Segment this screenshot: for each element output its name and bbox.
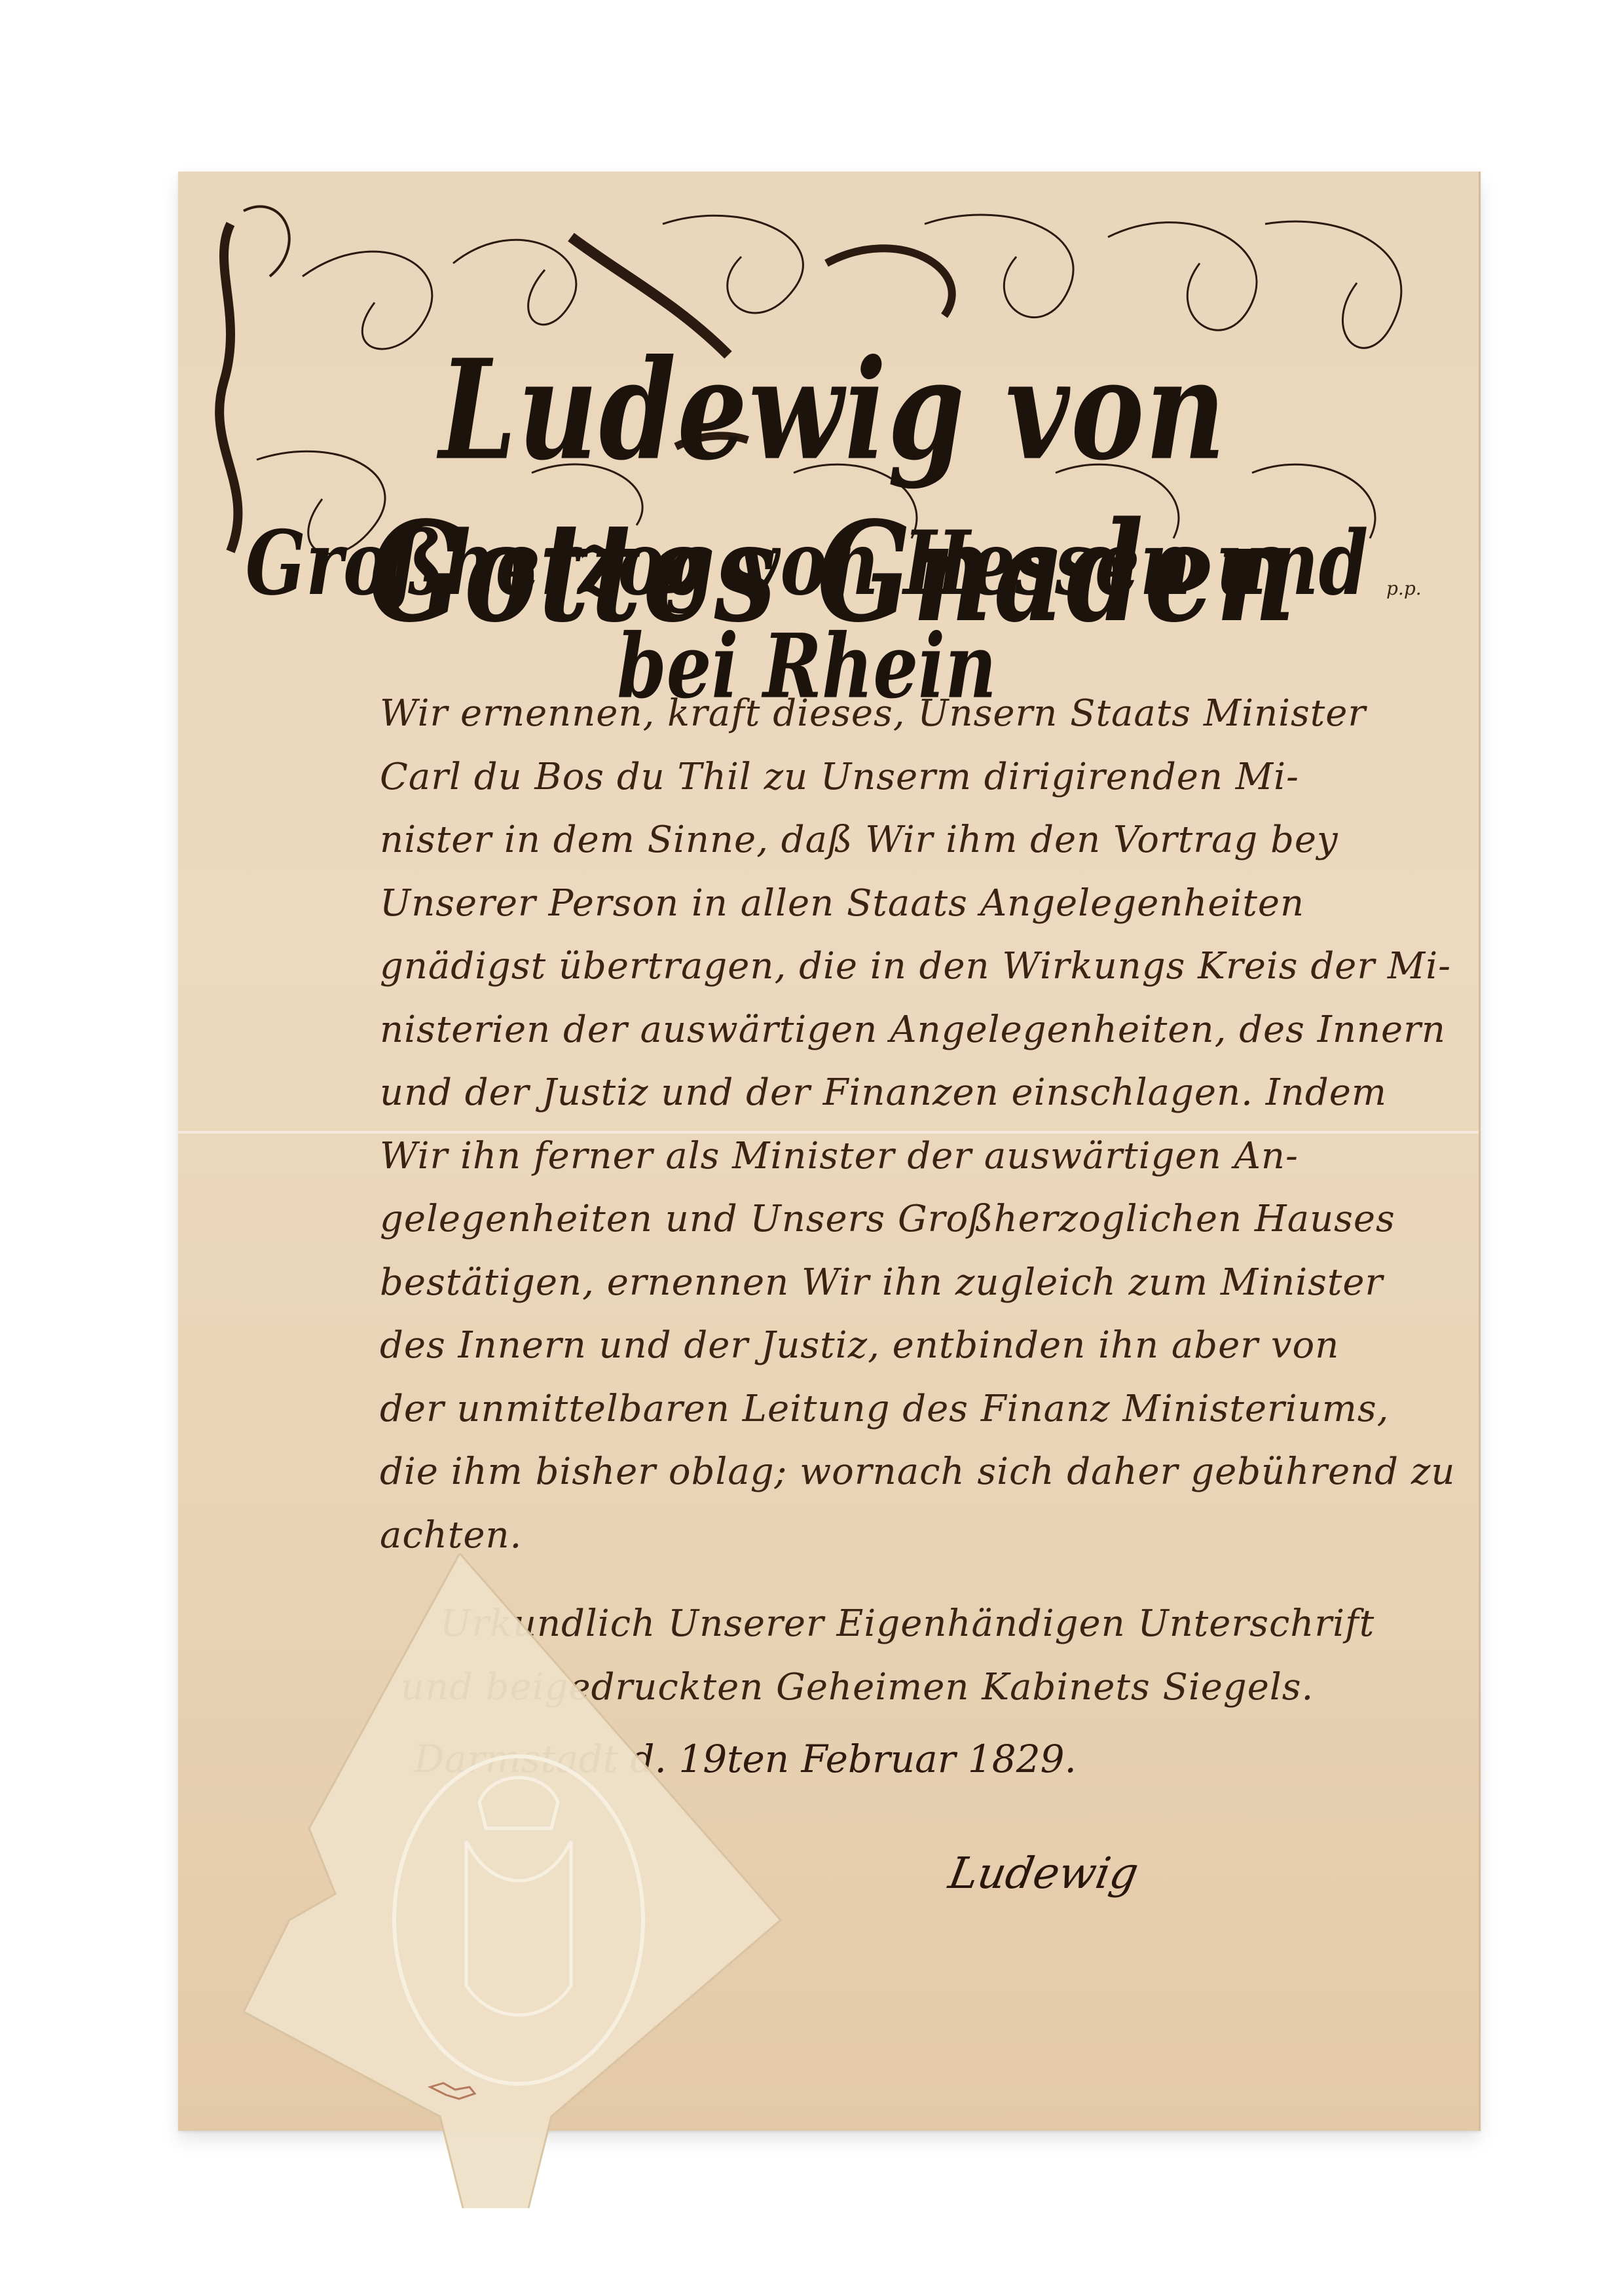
body-line: gnädigst übertragen, die in den Wirkungs… [380, 935, 1467, 999]
embossed-seal-icon [244, 1553, 820, 2208]
body-line: Wir ihn ferner als Minister der auswärti… [380, 1125, 1467, 1189]
body-line: nister in dem Sinne, daß Wir ihm den Vor… [380, 809, 1467, 872]
body-line: und der Justiz und der Finanzen einschla… [380, 1062, 1467, 1125]
body-line: nisterien der auswärtigen Angelegenheite… [380, 999, 1467, 1062]
body-line: gelegenheiten und Unsers Großherzogliche… [380, 1188, 1467, 1251]
body-line: der unmittelbaren Leitung des Finanz Min… [380, 1378, 1467, 1441]
heading-suffix: p.p. [1386, 578, 1422, 599]
body-line: Wir ernennen, kraft dieses, Unsern Staat… [380, 682, 1467, 746]
decree-body: Wir ernennen, kraft dieses, Unsern Staat… [380, 682, 1467, 1567]
body-line: bestätigen, ernennen Wir ihn zugleich zu… [380, 1251, 1467, 1315]
document-sheet: Ludewig von Gottes Gnaden Großherzog von… [178, 172, 1481, 2131]
body-line: Carl du Bos du Thil zu Unserm dirigirend… [380, 746, 1467, 809]
body-line: die ihm bisher oblag; wornach sich daher… [380, 1441, 1467, 1504]
body-line: Unserer Person in allen Staats Angelegen… [380, 872, 1467, 936]
body-line: des Innern und der Justiz, entbinden ihn… [380, 1314, 1467, 1378]
signature: Ludewig [945, 1848, 1142, 1898]
